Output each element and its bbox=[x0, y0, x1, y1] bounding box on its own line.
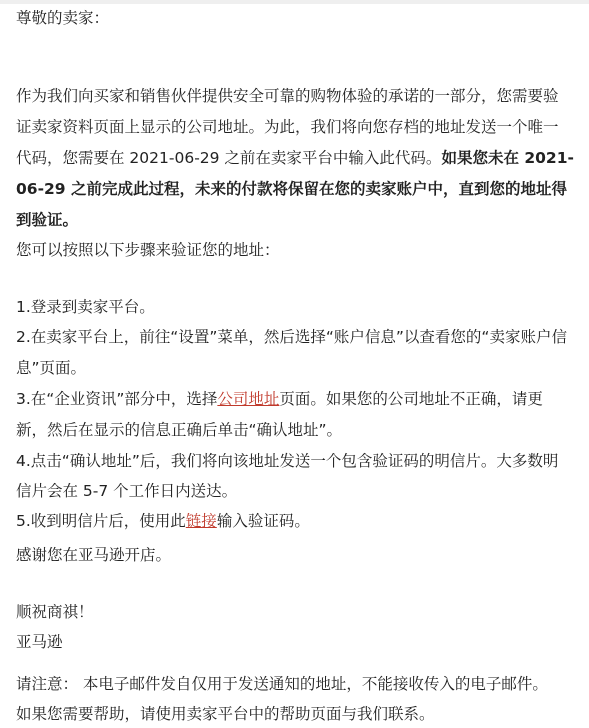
step-4-line-1: 4.点击“确认地址”后，我们将向该地址发送一个包含验证码的明信片。大多数明 bbox=[16, 451, 558, 471]
intro-line-3: 代码，您需要在 2021-06-29 之前在卖家平台中输入此代码。如果您未在 2… bbox=[16, 148, 574, 168]
steps-intro: 您可以按照以下步骤来验证您的地址： bbox=[16, 240, 280, 260]
step-2-line-1: 2.在卖家平台上，前往“设置”菜单，然后选择“账户信息”以查看您的“卖家账户信 bbox=[16, 327, 567, 347]
closing-text: 顺祝商祺！ bbox=[16, 602, 94, 622]
intro-warning-line-4: 06-29 之前完成此过程，未来的付款将保留在您的卖家账户中，直到您的地址得 bbox=[16, 179, 567, 199]
email-document: 尊敬的卖家： 作为我们向买家和销售伙伴提供安全可靠的购物体验的承诺的一部分，您需… bbox=[0, 0, 589, 728]
thanks-text: 感谢您在亚马逊开店。 bbox=[16, 545, 171, 565]
step-5-text-pre: 5.收到明信片后，使用此 bbox=[16, 512, 186, 530]
step-5: 5.收到明信片后，使用此链接输入验证码。 bbox=[16, 511, 310, 531]
greeting: 尊敬的卖家： bbox=[16, 8, 109, 28]
intro-line-2: 证卖家资料页面上显示的公司地址。为此，我们将向您存档的地址发送一个唯一 bbox=[16, 117, 559, 137]
verification-link[interactable]: 链接 bbox=[186, 512, 217, 530]
step-3-text-post: 页面。如果您的公司地址不正确，请更 bbox=[279, 390, 543, 408]
step-5-text-post: 输入验证码。 bbox=[217, 512, 310, 530]
step-1: 1.登录到卖家平台。 bbox=[16, 297, 155, 317]
step-2-line-2: 息”页面。 bbox=[16, 358, 86, 378]
intro-warning-start: 如果您未在 2021- bbox=[441, 149, 573, 167]
step-3-line-2: 新，然后在显示的信息正确后单击“确认地址”。 bbox=[16, 420, 342, 440]
top-divider bbox=[0, 0, 589, 4]
note-line-2: 如果您需要帮助，请使用卖家平台中的帮助页面与我们联系。 bbox=[16, 704, 435, 724]
intro-line-1: 作为我们向买家和销售伙伴提供安全可靠的购物体验的承诺的一部分，您需要验 bbox=[16, 86, 559, 106]
note-line-1: 请注意： 本电子邮件发自仅用于发送通知的地址，不能接收传入的电子邮件。 bbox=[16, 674, 548, 694]
intro-deadline-text: 代码，您需要在 2021-06-29 之前在卖家平台中输入此代码。 bbox=[16, 149, 441, 167]
company-address-link[interactable]: 公司地址 bbox=[217, 390, 279, 408]
intro-warning-line-5: 到验证。 bbox=[16, 210, 78, 230]
step-3-line-1: 3.在“企业资讯”部分中，选择公司地址页面。如果您的公司地址不正确，请更 bbox=[16, 389, 543, 409]
step-3-text-pre: 3.在“企业资讯”部分中，选择 bbox=[16, 390, 217, 408]
step-4-line-2: 信片会在 5-7 个工作日内送达。 bbox=[16, 481, 237, 501]
signature: 亚马逊 bbox=[16, 632, 63, 652]
